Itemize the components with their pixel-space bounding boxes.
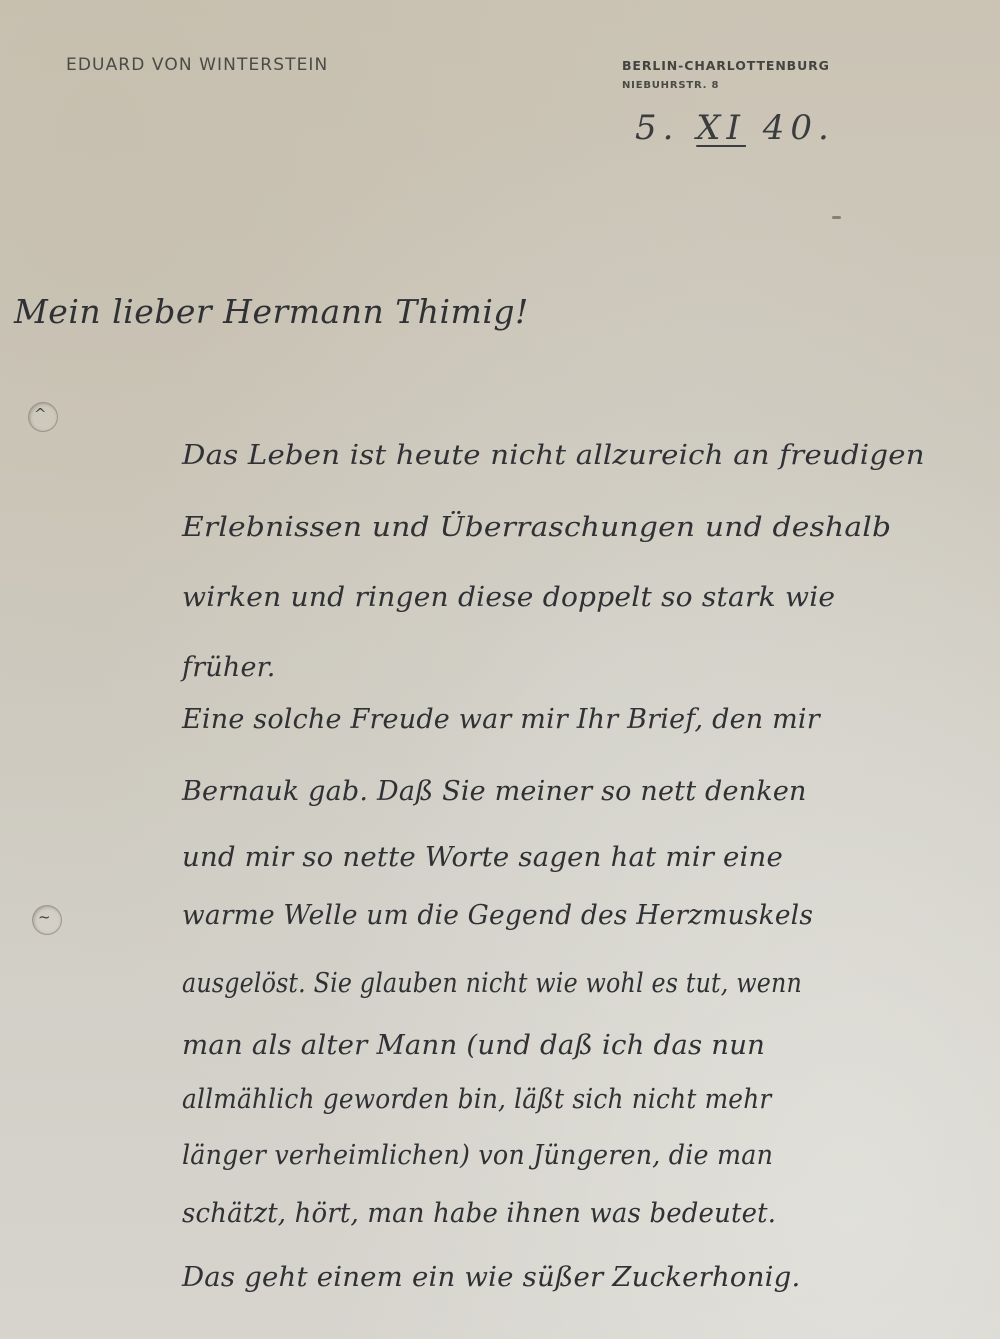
- punch-hole-mark: ^: [34, 405, 47, 423]
- date-month: XI: [696, 108, 746, 148]
- punch-hole-mark: ~: [38, 908, 51, 926]
- punch-hole-top: ^: [28, 402, 58, 432]
- body-line: Das geht einem ein wie süßer Zuckerhonig…: [182, 1262, 800, 1293]
- punch-hole-bottom: ~: [32, 905, 62, 935]
- date-day: 5.: [635, 108, 679, 148]
- paper-spot: [832, 216, 841, 219]
- body-line: schätzt, hört, man habe ihnen was bedeut…: [182, 1198, 776, 1229]
- body-line: Eine solche Freude war mir Ihr Brief, de…: [182, 704, 820, 735]
- body-line: Bernauk gab. Daß Sie meiner so nett denk…: [182, 776, 807, 807]
- letterhead-street: NIEBUHRSTR. 8: [622, 80, 719, 91]
- body-line: ausgelöst. Sie glauben nicht wie wohl es…: [182, 968, 802, 999]
- letterhead-city: BERLIN-CHARLOTTENBURG: [622, 58, 830, 73]
- body-line: Das Leben ist heute nicht allzureich an …: [182, 440, 925, 471]
- letter-page: EDUARD VON WINTERSTEIN BERLIN-CHARLOTTEN…: [0, 0, 1000, 1339]
- letterhead-sender-name: EDUARD VON WINTERSTEIN: [66, 55, 328, 75]
- body-line: früher.: [182, 652, 276, 683]
- body-line: länger verheimlichen) von Jüngeren, die …: [182, 1140, 773, 1171]
- handwritten-date: 5. XI 40.: [635, 108, 835, 148]
- body-line: und mir so nette Worte sagen hat mir ein…: [182, 842, 783, 873]
- body-line: wirken und ringen diese doppelt so stark…: [182, 582, 835, 613]
- body-line: Erlebnissen und Überraschungen und desha…: [182, 512, 891, 543]
- date-year: 40.: [763, 108, 835, 148]
- body-line: warme Welle um die Gegend des Herzmuskel…: [182, 900, 813, 931]
- body-line: man als alter Mann (und daß ich das nun: [182, 1030, 765, 1061]
- body-line: allmählich geworden bin, läßt sich nicht…: [182, 1084, 771, 1115]
- salutation: Mein lieber Hermann Thimig!: [14, 292, 529, 331]
